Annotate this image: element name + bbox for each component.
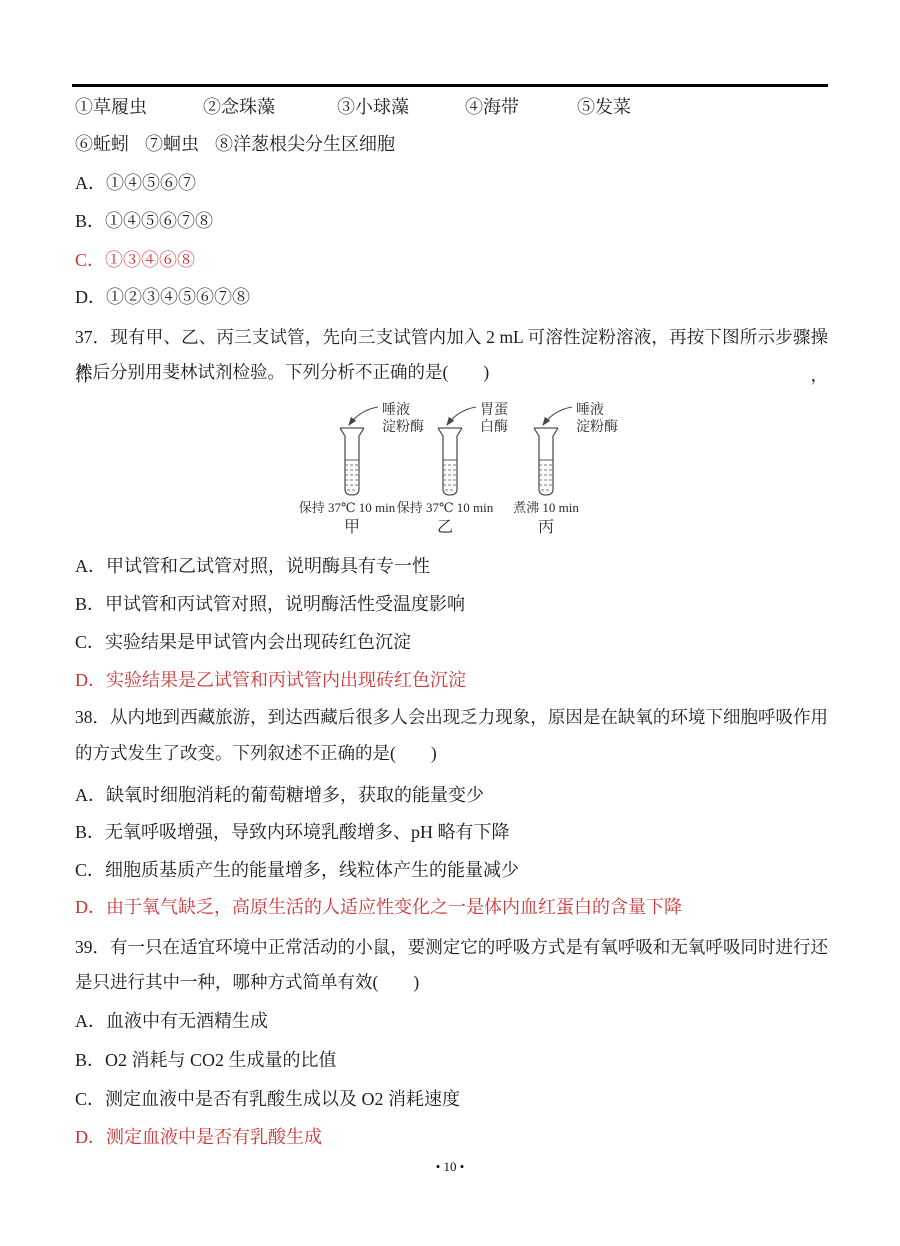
q36-item-1: ①草履虫 <box>75 88 147 126</box>
tube-jia-name: 甲 <box>344 518 360 536</box>
q37-option-c: C．实验结果是甲试管内会出现砖红色沉淀 <box>72 623 828 661</box>
test-tube-bing: 唾液 淀粉酶 煮沸 10 min 丙 <box>513 401 618 536</box>
tube-yi-label-line2: 白酶 <box>480 419 508 435</box>
q37-option-b: B．甲试管和丙试管对照，说明酶活性受温度影响 <box>72 585 828 623</box>
tube-jia-label-line2: 淀粉酶 <box>382 418 424 435</box>
enzyme-arrow-icon <box>447 407 476 425</box>
q39-option-c: C．测定血液中是否有乳酸生成以及 O2 消耗速度 <box>72 1080 828 1118</box>
tube-yi-condition: 保持 37℃ 10 min <box>397 500 494 515</box>
q37-stem-line2: 然后分别用斐林试剂检验。下列分析不正确的是( ) <box>72 353 828 391</box>
q38-option-b: B．无氧呼吸增强，导致内环境乳酸增多、pH 略有下降 <box>72 813 828 851</box>
q39-option-a: A．血液中有无酒精生成 <box>72 1002 828 1040</box>
q36-option-a: A．①④⑤⑥⑦ <box>72 164 828 202</box>
enzyme-arrow-icon <box>543 407 572 425</box>
q36-item-4: ④海带 <box>465 88 519 126</box>
q36-item-8: ⑧洋葱根尖分生区细胞 <box>215 125 395 163</box>
q36-item-5: ⑤发菜 <box>577 88 631 126</box>
q36-item-2: ②念珠藻 <box>203 88 275 126</box>
q36-option-b: B．①④⑤⑥⑦⑧ <box>72 202 828 240</box>
enzyme-arrow-icon <box>349 407 378 425</box>
tube-bing-condition: 煮沸 10 min <box>513 500 579 515</box>
header-rule <box>72 84 828 87</box>
q36-option-d: D．①②③④⑤⑥⑦⑧ <box>72 278 828 316</box>
q38-option-d-answer: D．由于氧气缺乏，高原生活的人适应性变化之一是体内血红蛋白的含量下降 <box>72 888 828 926</box>
q38-stem-line1: 38．从内地到西藏旅游，到达西藏后很多人会出现乏力现象，原因是在缺氧的环境下细胞… <box>72 698 828 736</box>
q36-option-c-answer: C．①③④⑥⑧ <box>72 241 828 279</box>
q37-stem-line1: 37．现有甲、乙、丙三支试管，先向三支试管内加入 2 mL 可溶性淀粉溶液，再按… <box>72 318 828 356</box>
test-tube-diagram: 唾液 淀粉酶 保持 37℃ 10 min 甲 胃蛋 白酶 保持 37℃ 10 m… <box>285 398 675 548</box>
q38-option-a: A．缺氧时细胞消耗的葡萄糖增多，获取的能量变少 <box>72 776 828 814</box>
test-tube-jia: 唾液 淀粉酶 保持 37℃ 10 min 甲 <box>299 401 424 536</box>
tube-yi-name: 乙 <box>437 519 453 536</box>
tube-jia-label-line1: 唾液 <box>382 401 410 418</box>
tube-yi-label-line1: 胃蛋 <box>480 402 508 418</box>
q37-option-d-answer: D．实验结果是乙试管和丙试管内出现砖红色沉淀 <box>72 661 828 699</box>
q36-item-3: ③小球藻 <box>337 88 409 126</box>
page-number: • 10 • <box>0 1148 900 1186</box>
q37-option-a: A．甲试管和乙试管对照，说明酶具有专一性 <box>72 547 828 585</box>
q38-option-c: C．细胞质基质产生的能量增多，线粒体产生的能量减少 <box>72 851 828 889</box>
tube-bing-name: 丙 <box>538 518 554 536</box>
tube-jia-condition: 保持 37℃ 10 min <box>299 500 396 515</box>
q38-stem-line2: 的方式发生了改变。下列叙述不正确的是( ) <box>72 734 828 772</box>
q39-stem-line2: 是只进行其中一种，哪种方式简单有效( ) <box>72 963 828 1001</box>
q39-option-b: B．O2 消耗与 CO2 生成量的比值 <box>72 1041 828 1079</box>
q36-items-row2: ⑥蚯蚓 ⑦蛔虫 ⑧洋葱根尖分生区细胞 <box>72 125 828 163</box>
exam-page: ①草履虫 ②念珠藻 ③小球藻 ④海带 ⑤发菜 ⑥蚯蚓 ⑦蛔虫 ⑧洋葱根尖分生区细… <box>0 0 900 1246</box>
q39-stem-line1: 39．有一只在适宜环境中正常活动的小鼠，要测定它的呼吸方式是有氧呼吸和无氧呼吸同… <box>72 928 828 966</box>
q36-items-row1: ①草履虫 ②念珠藻 ③小球藻 ④海带 ⑤发菜 <box>72 88 828 126</box>
tube-bing-label-line1: 唾液 <box>576 401 604 418</box>
tube-bing-label-line2: 淀粉酶 <box>576 418 618 435</box>
q36-item-6: ⑥蚯蚓 <box>75 125 129 163</box>
q36-item-7: ⑦蛔虫 <box>145 125 199 163</box>
